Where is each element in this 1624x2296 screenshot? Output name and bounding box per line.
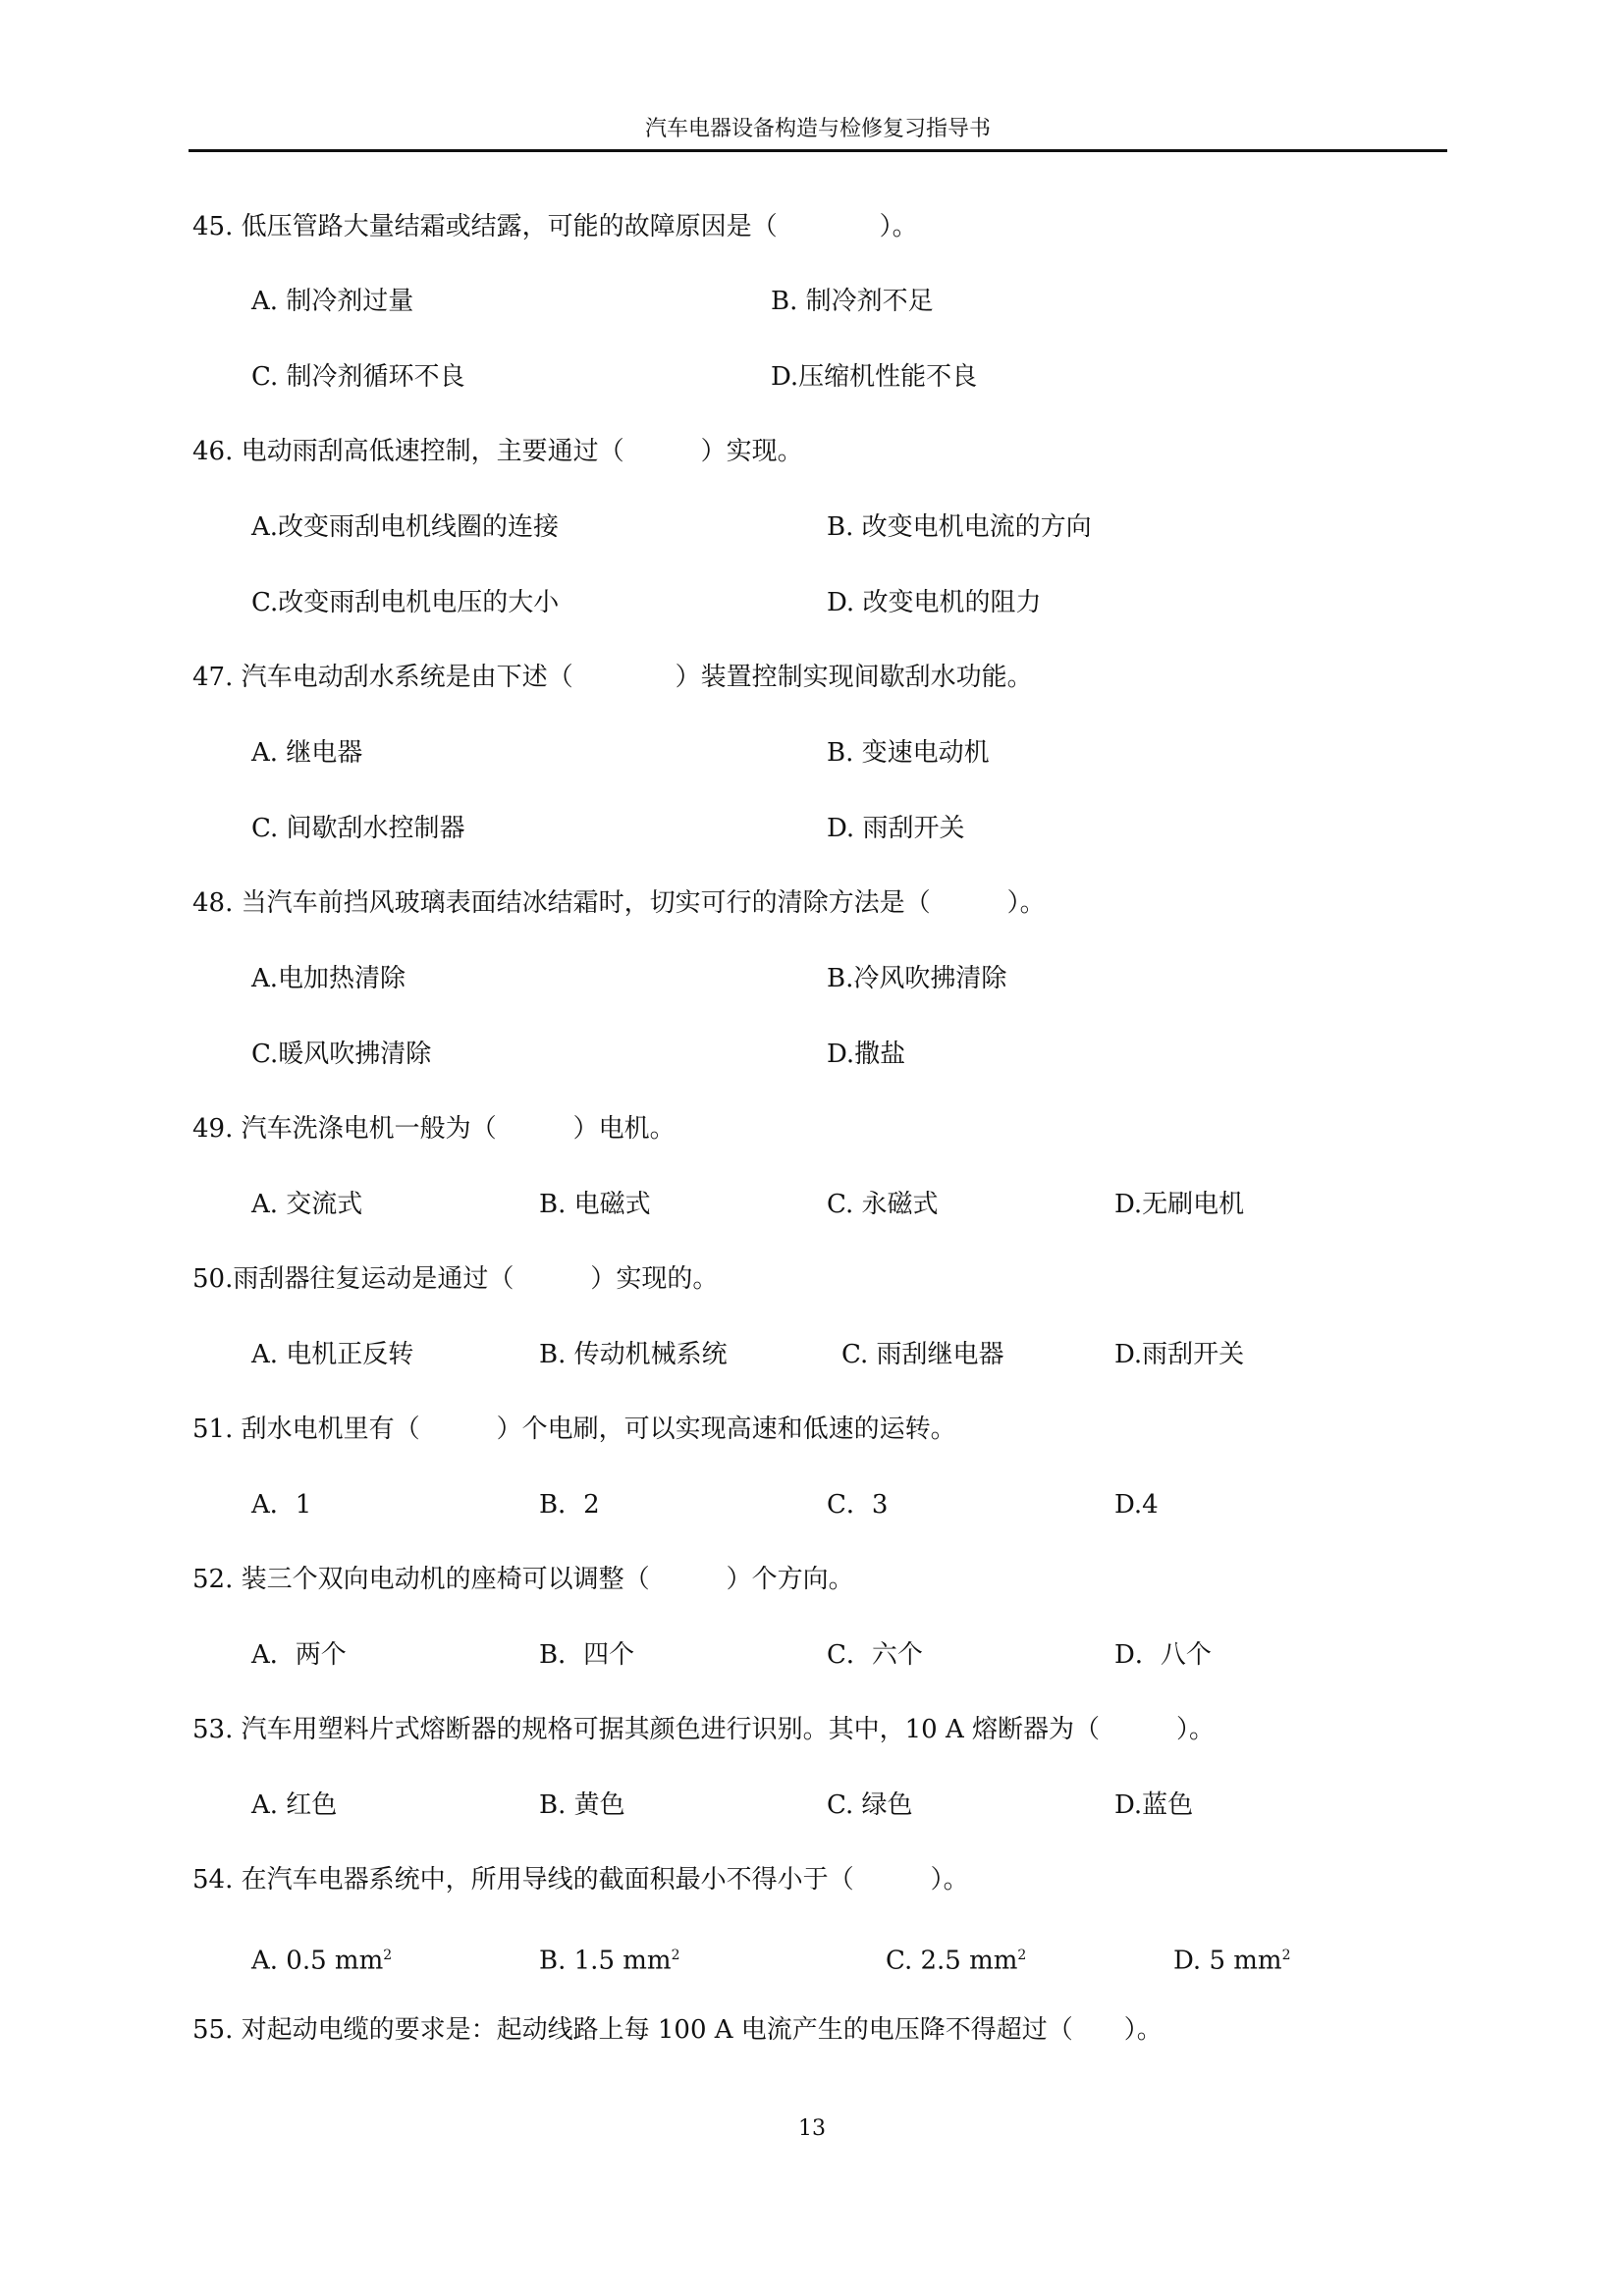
option-48-b: B.冷风吹拂清除 xyxy=(827,962,1006,995)
option-53-c: C. 绿色 xyxy=(827,1789,913,1822)
option-46-a: A.改变雨刮电机线圈的连接 xyxy=(251,510,559,544)
option-52-b: B．四个 xyxy=(539,1638,634,1672)
option-48-d: D.撒盐 xyxy=(827,1038,905,1071)
option-54-c: C. 2.5 mm2 xyxy=(886,1939,1026,1978)
option-46-c: C.改变雨刮电机电压的大小 xyxy=(251,586,559,619)
option-46-d: D. 改变电机的阻力 xyxy=(827,586,1041,619)
option-53-b: B. 黄色 xyxy=(539,1789,625,1822)
question-48: 48. 当汽车前挡风玻璃表面结冰结霜时，切实可行的清除方法是（ ）。 xyxy=(192,886,1046,920)
option-47-c: C. 间歇刮水控制器 xyxy=(251,812,465,845)
option-51-a: A．1 xyxy=(251,1488,311,1522)
option-50-b: B. 传动机械系统 xyxy=(539,1338,728,1371)
option-47-d: D. 雨刮开关 xyxy=(827,812,964,845)
option-49-a: A. 交流式 xyxy=(251,1188,362,1221)
option-45-d: D.压缩机性能不良 xyxy=(771,360,977,394)
question-54: 54. 在汽车电器系统中，所用导线的截面积最小不得小于（ ）。 xyxy=(192,1863,969,1896)
question-45: 45. 低压管路大量结霜或结露，可能的故障原因是（ ）。 xyxy=(192,210,918,243)
option-51-c: C．3 xyxy=(827,1488,888,1522)
option-53-a: A. 红色 xyxy=(251,1789,337,1822)
option-52-c: C．六个 xyxy=(827,1638,923,1672)
option-51-b: B．2 xyxy=(539,1488,600,1522)
question-49: 49. 汽车洗涤电机一般为（ ）电机。 xyxy=(192,1112,676,1146)
page-number: 13 xyxy=(0,2116,1624,2141)
option-53-d: D.蓝色 xyxy=(1114,1789,1193,1822)
option-49-b: B. 电磁式 xyxy=(539,1188,651,1221)
question-53: 53. 汽车用塑料片式熔断器的规格可据其颜色进行识别。其中，10 A 熔断器为（… xyxy=(192,1713,1215,1746)
option-49-c: C. 永磁式 xyxy=(827,1188,939,1221)
option-47-a: A. 继电器 xyxy=(251,736,362,770)
option-47-b: B. 变速电动机 xyxy=(827,736,990,770)
running-header: 汽车电器设备构造与检修复习指导书 xyxy=(189,112,1447,142)
option-50-d: D.雨刮开关 xyxy=(1114,1338,1244,1371)
question-51: 51. 刮水电机里有（ ）个电刷，可以实现高速和低速的运转。 xyxy=(192,1413,956,1446)
question-52: 52. 装三个双向电动机的座椅可以调整（ ）个方向。 xyxy=(192,1563,854,1596)
question-46: 46. 电动雨刮高低速控制，主要通过（ ）实现。 xyxy=(192,435,803,468)
option-54-d: D. 5 mm2 xyxy=(1173,1939,1291,1978)
option-50-c: C. 雨刮继电器 xyxy=(841,1338,1004,1371)
option-46-b: B. 改变电机电流的方向 xyxy=(827,510,1092,544)
option-52-a: A．两个 xyxy=(251,1638,347,1672)
question-47: 47. 汽车电动刮水系统是由下述（ ）装置控制实现间歇刮水功能。 xyxy=(192,661,1033,694)
option-52-d: D．八个 xyxy=(1114,1638,1212,1672)
option-45-c: C. 制冷剂循环不良 xyxy=(251,360,465,394)
option-51-d: D.4 xyxy=(1114,1488,1159,1522)
header-rule xyxy=(189,149,1447,152)
option-54-b: B. 1.5 mm2 xyxy=(539,1939,679,1978)
option-45-a: A. 制冷剂过量 xyxy=(251,285,413,318)
option-50-a: A. 电机正反转 xyxy=(251,1338,413,1371)
question-55: 55. 对起动电缆的要求是：起动线路上每 100 A 电流产生的电压降不得超过（… xyxy=(192,2013,1163,2047)
option-54-a: A. 0.5 mm2 xyxy=(251,1939,392,1978)
option-45-b: B. 制冷剂不足 xyxy=(771,285,934,318)
option-48-c: C.暖风吹拂清除 xyxy=(251,1038,431,1071)
option-49-d: D.无刷电机 xyxy=(1114,1188,1244,1221)
question-50: 50.雨刮器往复运动是通过（ ）实现的。 xyxy=(192,1262,718,1296)
option-48-a: A.电加热清除 xyxy=(251,962,406,995)
